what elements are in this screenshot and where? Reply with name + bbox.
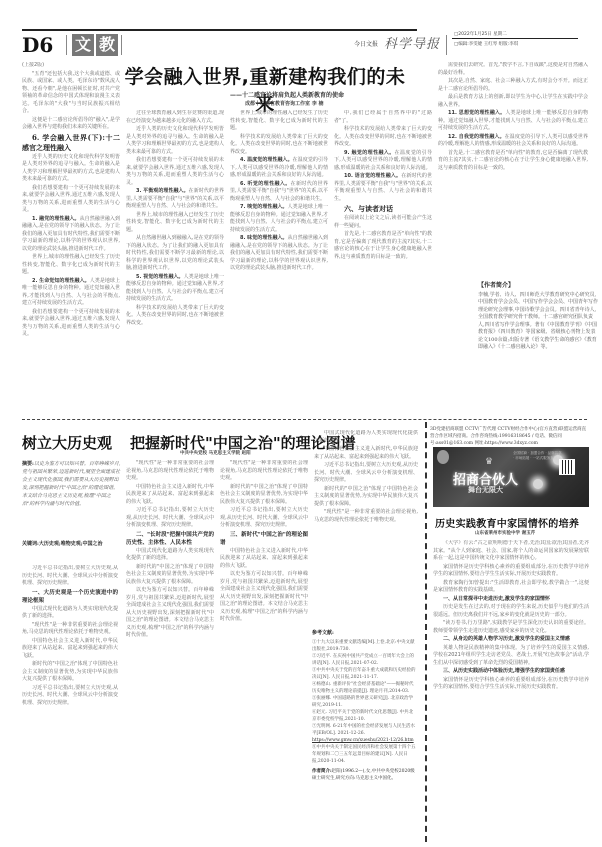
patriotism-byline: 山东省莱州市实验中学 谢玉芹	[475, 530, 535, 536]
paragraph: 新时代的"中国之治"体现了中国特色社会主义制度的显著优势,为实现中华民族伟大复兴…	[314, 486, 418, 509]
paragraph: 中国特色社会主义进入新时代,中华民族迎来了从站起来、富起来到强起来的伟大飞跃。	[220, 548, 308, 571]
paragraph: 需要我们去研究。首先,"教学不言,下自成蹊",这便是对自然融入的最好诠释。	[438, 62, 588, 77]
author-label: 作者简介:	[312, 769, 332, 774]
main-byline: 成都十二感官教育咨询工作室 李 楠	[245, 100, 323, 107]
paragraph: 新时代的"中国之治"体现了中国特色社会主义制度的显著优势,为实现中华民族伟大复兴…	[22, 661, 118, 684]
paragraph: 最后是教育方法上的创新,即以学生为中心,让学生在实践中学会融入世界。	[438, 94, 588, 109]
reference-item: ③中共中央关于党的百年奋斗重大成就和历史经验的决议[N]. 人民日报,2021-…	[312, 667, 417, 681]
section-heading: 一、大历史观是一个历史演进中的理论框架	[22, 589, 118, 605]
paragraph: 中国式现代化道路为人类实现现代化提供了新的选择。	[314, 430, 418, 445]
history-column-3: "现代性"是一种非常重要的社会理论视角,马克思的现代性理论依托于唯物史观。 新时…	[220, 460, 308, 840]
date-rule	[452, 38, 578, 39]
paragraph: 中国特色社会主义进入新时代,中华民族迎来了从站起来、富起来到强起来的伟大飞跃。	[126, 484, 214, 507]
section-label-char: 文	[72, 34, 94, 56]
reference-item: ⑧中共中央关于制定国民经济和社会发展第十四个五年规划和二〇三五年远景目标的建议[…	[312, 744, 417, 765]
page-number: D6	[22, 33, 53, 57]
paragraph: 我们若想要建构一个更可持续发展的未来,就要学会融入世界,通过五维六感,发现人类与…	[22, 309, 120, 339]
section-heading: 六、与读者对话	[334, 204, 432, 214]
author-bio-text: 李楠,学者、诗人、四川师范大学教育研究中心研究员,中国教育学会会员、中国写作学会…	[478, 292, 598, 352]
paragraph: "读万卷书,行万里路",实践教学是学生深化历史认识的重要途径。教师要带领学生走进…	[433, 620, 589, 635]
main-article-column-5: 需要我们去研究。首先,"教学不言,下自成蹊",这便是对自然融入的最好诠释。 其次…	[438, 62, 588, 277]
paragraph: 科学技术的发展给人类带来了巨大的变化。人类在改变世界的同时,也在不断地被世界改变…	[334, 126, 432, 149]
section-divider	[22, 419, 587, 420]
point-lead: 1. 融党的理性融入。	[32, 216, 80, 222]
paragraph: 家国情怀是历史学科核心素养的重要组成部分,在历史教学中培养学生的家国情怀,要结合…	[433, 677, 589, 692]
point-lead: 3. 平衡观的理性融入。	[136, 188, 189, 194]
point-lead: 12. 自我觉的理性融入。	[448, 134, 505, 140]
paragraph: 习近平总书记指出,要树立大历史观,从历史长河、时代大潮、全球风云中分析演变机理、…	[220, 507, 308, 530]
point-lead: 2. 生命觉知的理性融入。	[32, 278, 90, 284]
main-article-column-3: 世界上,城市的理性融入已经发生了历史性转变,智能化、数字化已成为新时代的主题。 …	[230, 110, 328, 417]
paragraph: 教育家陶行知曾提出:"生活即教育,社会即学校,教学做合一",这便是家国情怀教育的…	[433, 580, 589, 595]
history-byline: 中共中央党校 马克思主义学院 赵阳	[180, 450, 251, 456]
paragraph: 中,我们已经属于自然界中的"过路者"了。	[334, 110, 432, 125]
paragraph: 中国式现代化道路为人类实现现代化提供了新的选择。	[126, 548, 214, 563]
point-lead: 10. 语言觉的理性融入。	[344, 173, 401, 179]
masthead: D6 文 教 今日文报 科学导报 □2022年1月25日 星期二 □编辑:李雯婕…	[22, 25, 587, 57]
paragraph: 新时代的"中国之治"体现了中国特色社会主义制度的显著优势,为实现中华民族伟大复兴…	[126, 564, 214, 587]
reference-item: ⑥赵元. 习近平关于党的新时代文化思想[J]. 中共北京市委党校学报,2021-…	[312, 709, 417, 723]
paragraph: 中国式现代化道路为人类实现现代化提供了新的选择。	[22, 606, 118, 621]
section-heading: 三、新时代"中国之治"的理论图谱	[220, 531, 308, 547]
references-title: 参考文献:	[312, 630, 417, 637]
paragraph: 以史为鉴方可以知兴替。百年峥嵘岁月,党与祖国共繁荣,迈进新时代,展望全面建成社会…	[220, 571, 308, 624]
paragraph: 首先是,十二感官教育是否"单向性"的教育,它是否偏离了现代教育的主流?其实,十二…	[334, 231, 432, 261]
main-article-column-2: 过往全球教育融入到生存竞赛的渠道,现在已经演变为越来越多元化的融入方式。 近乎人…	[126, 110, 224, 417]
paragraph: 我们若想要建构一个更可持续发展的未来,就要学会融入世界,通过五维六感,发现人类与…	[126, 157, 224, 187]
paragraph: 历史是发生在过去的,对于现在的学生来说,历史似乎与他们的生活很遥远。但历史离我们…	[433, 604, 589, 619]
reference-item: ①十九大以来重要文献选编[M].上卷,北京:中央文献出版社,2019:730.	[312, 639, 417, 653]
editors-line: □编辑:李雯婕 王红琴 组版:李琪	[454, 41, 518, 47]
paragraph: 习近平总书记指出,要树立大历史观,从历史长河、时代大潮、全球风云中分析演变机理、…	[22, 685, 118, 708]
paragraph: 过往全球教育融入到生存竞赛的渠道,现在已经演变为越来越多元化的融入方式。	[126, 110, 224, 125]
divider	[121, 35, 122, 55]
point-lead: 6. 听觉的理性融入。	[240, 181, 291, 187]
paragraph: 英雄人物是民族精神的集中体现。为了培养学生的爱国主义情感,学校在2021年组织学…	[433, 645, 589, 668]
main-subheadline: ——十二感官论将肩负起人类新教育的使命	[230, 90, 344, 99]
paragraph: 近乎人类的历史文化和现代科学发明皆是人类对外界的追寻与融入。生命的融入是人类学习…	[126, 126, 224, 156]
main-article-column-1: (上接2版) "五育"还包括大我,这个大我或道德、或民族、或国家、或人类。毛泽东…	[22, 62, 120, 417]
paragraph: 近乎人类的历史文化和现代科学发明皆是人类对外界的追寻与融入。生命的融入是人类学习…	[22, 154, 120, 184]
ad-logo-icon	[437, 450, 449, 464]
supplement-name: 科学导报	[384, 33, 440, 52]
keywords-text: 大历史观;唯物史观;中国之治	[39, 541, 103, 547]
ad-banner[interactable]: ♛ 全国招商 · 加盟合作 · 品牌共享 · 市场拓展 · 一站式服务支持 招商…	[433, 447, 589, 507]
paragraph: 世界上,城市的理性融入已经发生了历史性转变,智能化、数字化已成为新时代的主题。	[230, 110, 328, 133]
point-lead: 7. 嗅觉的理性融入。	[240, 204, 288, 210]
masthead-rule	[22, 29, 417, 31]
paragraph: "现代性"是一种非常重要的社会理论视角,马克思的现代性理论依托于唯物史观。	[126, 460, 214, 483]
paragraph: 中国特色社会主义进入新时代,中华民族迎来了从站起来、富起来到强起来的伟大飞跃。	[22, 638, 118, 661]
author-bio: 【作者简介】 李楠,学者、诗人、四川师范大学教育研究中心研究员,中国教育学会会员…	[478, 282, 598, 410]
column-divider	[425, 422, 427, 842]
point-lead: 8. 味觉的理性融入。	[240, 235, 288, 241]
history-abstract: 摘要:以史为鉴方可以知兴替。百年峥嵘岁月,党与祖国共繁荣,迈进新时代,展望全面建…	[22, 460, 122, 508]
paragraph: "现代性"是一种非常重要的社会理论视角,马克思的现代性理论依托于唯物史观。	[314, 509, 418, 524]
section-label-char: 教	[96, 34, 118, 56]
history-headline-part1: 树立大历史观	[22, 432, 112, 453]
qr-code-icon[interactable]	[559, 459, 575, 475]
section-heading: 二、从身边的英雄人物学习历史,激发学生的爱国主义情感	[433, 636, 589, 644]
section-heading: 三、从历史实践活动中体验历史,增强学生的家国责任感	[433, 668, 589, 676]
paragraph: 首先是,十二感官教育是否"单向性"的教育,它是否偏离了现代教育的主流?其实,十二…	[438, 150, 588, 173]
continued-note: (上接2版)	[22, 62, 120, 70]
divider	[66, 35, 67, 55]
paragraph: "五育"还包括大我,这个大我或道德、或民族、或国家、或人类。毛泽东诗"数风流人物…	[22, 71, 120, 116]
point-lead: 4. 温度觉的理性融入。	[240, 157, 293, 163]
section-heading: 一、从日常探寻中走进历史,激发学生的家国情怀	[433, 596, 589, 604]
paragraph: 在阅读以上论文之后,读者可能会产生这样一些疑问。	[334, 215, 432, 230]
paragraph: 其次是,自然、家庭、社会三种融入方式,有时会分不开。而这正是十二感官论所倡导的。	[438, 78, 588, 93]
point-lead: 11. 思想觉的理性融入。	[448, 110, 505, 116]
reference-item: ④杨德山. 重新评价"社会经济基础论"——揭秘时代历史唯物主义的理论前提[J].…	[312, 681, 417, 695]
patriotism-headline: 历史实践教育中家国情怀的培养	[435, 515, 579, 530]
crown-icon: ♛	[485, 457, 493, 467]
paragraph: "现代性"是一种非常重要的社会理论视角,马克思的现代性理论依托于唯物史观。	[220, 460, 308, 483]
divider	[446, 35, 447, 55]
ad-info-text: 全国招商 · 加盟合作 · 品牌共享 · 市场拓展 · 一站式服务支持	[513, 451, 563, 461]
reference-item: ⑦光明网. 6-21年中国的社会经济发展与人民生活水平[EB/OL]. 2021…	[312, 723, 417, 737]
point-lead: 5. 视觉的理性融入。	[136, 274, 184, 280]
reference-item: ②习近平. 在庆祝中国共产党成立一百周年大会上的讲话[N]. 人民日报,2021…	[312, 653, 417, 667]
paragraph: 我们若想要建构一个更可持续发展的未来,就要学会融入世界,通过五维六感,发现人类与…	[22, 185, 120, 215]
author-bio-title: 【作者简介】	[478, 282, 598, 290]
paragraph: 新时代的"中国之治"体现了中国特色社会主义制度的显著优势,为实现中华民族伟大复兴…	[220, 484, 308, 507]
history-column-2: "现代性"是一种非常重要的社会理论视角,马克思的现代性理论依托于唯物史观。 中国…	[126, 460, 214, 840]
paragraph: 世界上,城市的理性融入已经发生了历史性转变,智能化、数字化已成为新时代的主题。	[126, 212, 224, 235]
paper-name: 今日文报	[354, 39, 378, 48]
paragraph: "现代性"是一种非常重要的社会理论视角,马克思的现代性理论依托于唯物史观。	[22, 622, 118, 637]
ad-text: 3D党建招商联盟 CCTV广告代理 CCTV财经合作中心(官方直营)联盟运营商直…	[430, 426, 590, 447]
references: 参考文献: ①十九大以来重要文献选编[M].上卷,北京:中央文献出版社,2019…	[312, 630, 417, 782]
reference-item: ⑤张丽娜. 中国道路的世界意义研究[J]. 北京政治学研究,2019-11.	[312, 695, 417, 709]
ad-banner-subtitle: 舞台无限大	[468, 485, 503, 495]
ad-glow-decoration	[533, 479, 543, 489]
point-lead: 9. 触觉的理性融入。	[344, 150, 395, 156]
paragraph: 中国特色社会主义进入新时代,中华民族迎来了从站起来、富起来到强起来的伟大飞跃。	[314, 446, 418, 461]
paragraph: 从自然融世融入到融融入,是在党的领导下的融入状态。为了让我们的融入更加具有时代特…	[126, 235, 224, 273]
section-heading: 二、"长时段"把握中国共产党的历史性、主体性、人民本性	[126, 531, 214, 547]
paragraph: 习近平总书记指出,要树立大历史观,从历史长河、时代大潮、全球风云中分析演变机理、…	[22, 565, 118, 588]
paragraph: 这便是十二感官论所倡导的"融入",是学会融入世界与建构我们未来的关键所在。	[22, 117, 120, 132]
paragraph: 以史为鉴方可以知兴替。百年峥嵘岁月,党与祖国共繁荣,迈进新时代,展望全面建成社会…	[126, 587, 214, 640]
paragraph: 世界上,城市的理性融入已经发生了历史性转变,智能化、数字化已成为新时代的主题。	[22, 254, 120, 277]
paragraph: 习近平总书记指出,要树立大历史观,从历史长河、时代大潮、全球风云中分析演变机理、…	[126, 507, 214, 530]
history-column-1: 习近平总书记指出,要树立大历史观,从历史长河、时代大潮、全球风云中分析演变机理、…	[22, 565, 118, 840]
paragraph: 科学技术的发展给人类带来了巨大的变化。人类在改变世界的同时,也在不断地被世界改变…	[230, 134, 328, 157]
paragraph: 《大学》有云:"古之欲明明德于天下者,先治其国;欲治其国者,先齐其家。"从个人到…	[433, 540, 589, 563]
reference-url-link[interactable]: https://www.gmw.cn/xueshu/2021-12/26.htm	[312, 737, 417, 744]
history-keywords: 关键词:大历史观;唯物史观;中国之治	[22, 540, 122, 548]
abstract-label: 摘要:	[22, 461, 34, 467]
paragraph: 习近平总书记指出,要树立大历史观,从历史长河、时代大潮、全球风云中分析演变机理、…	[314, 462, 418, 485]
paragraph: 科学技术的发展给人类带来了巨大的变化。人类在改变世界的同时,也在不断地被世界改变…	[126, 305, 224, 328]
main-headline: 学会融入世界,重新建构我们的未来	[120, 62, 410, 116]
history-column-4: 中国式现代化道路为人类实现现代化提供了新的选择。 中国特色社会主义进入新时代,中…	[314, 430, 418, 625]
keywords-label: 关键词:	[22, 541, 39, 547]
main-article-column-4: 中,我们已经属于自然界中的"过路者"了。 科学技术的发展给人类带来了巨大的变化。…	[334, 110, 432, 417]
patriotism-body: 《大学》有云:"古之欲明明德于天下者,先治其国;欲治其国者,先齐其家。"从个人到…	[433, 540, 589, 840]
abstract-text: 以史为鉴方可以知兴替。百年峥嵘岁月,党与祖国共繁荣,迈进新时代,展望全面建成社会…	[22, 461, 120, 507]
date-line: □2022年1月25日 星期二	[454, 31, 507, 37]
section-heading: 6. 学会融入世界(下):十二感官之理性融入	[22, 133, 120, 153]
paragraph: 家国情怀是历史学科核心素养的重要组成部分,在历史教学中培养学生的家国情怀,要结合…	[433, 564, 589, 579]
